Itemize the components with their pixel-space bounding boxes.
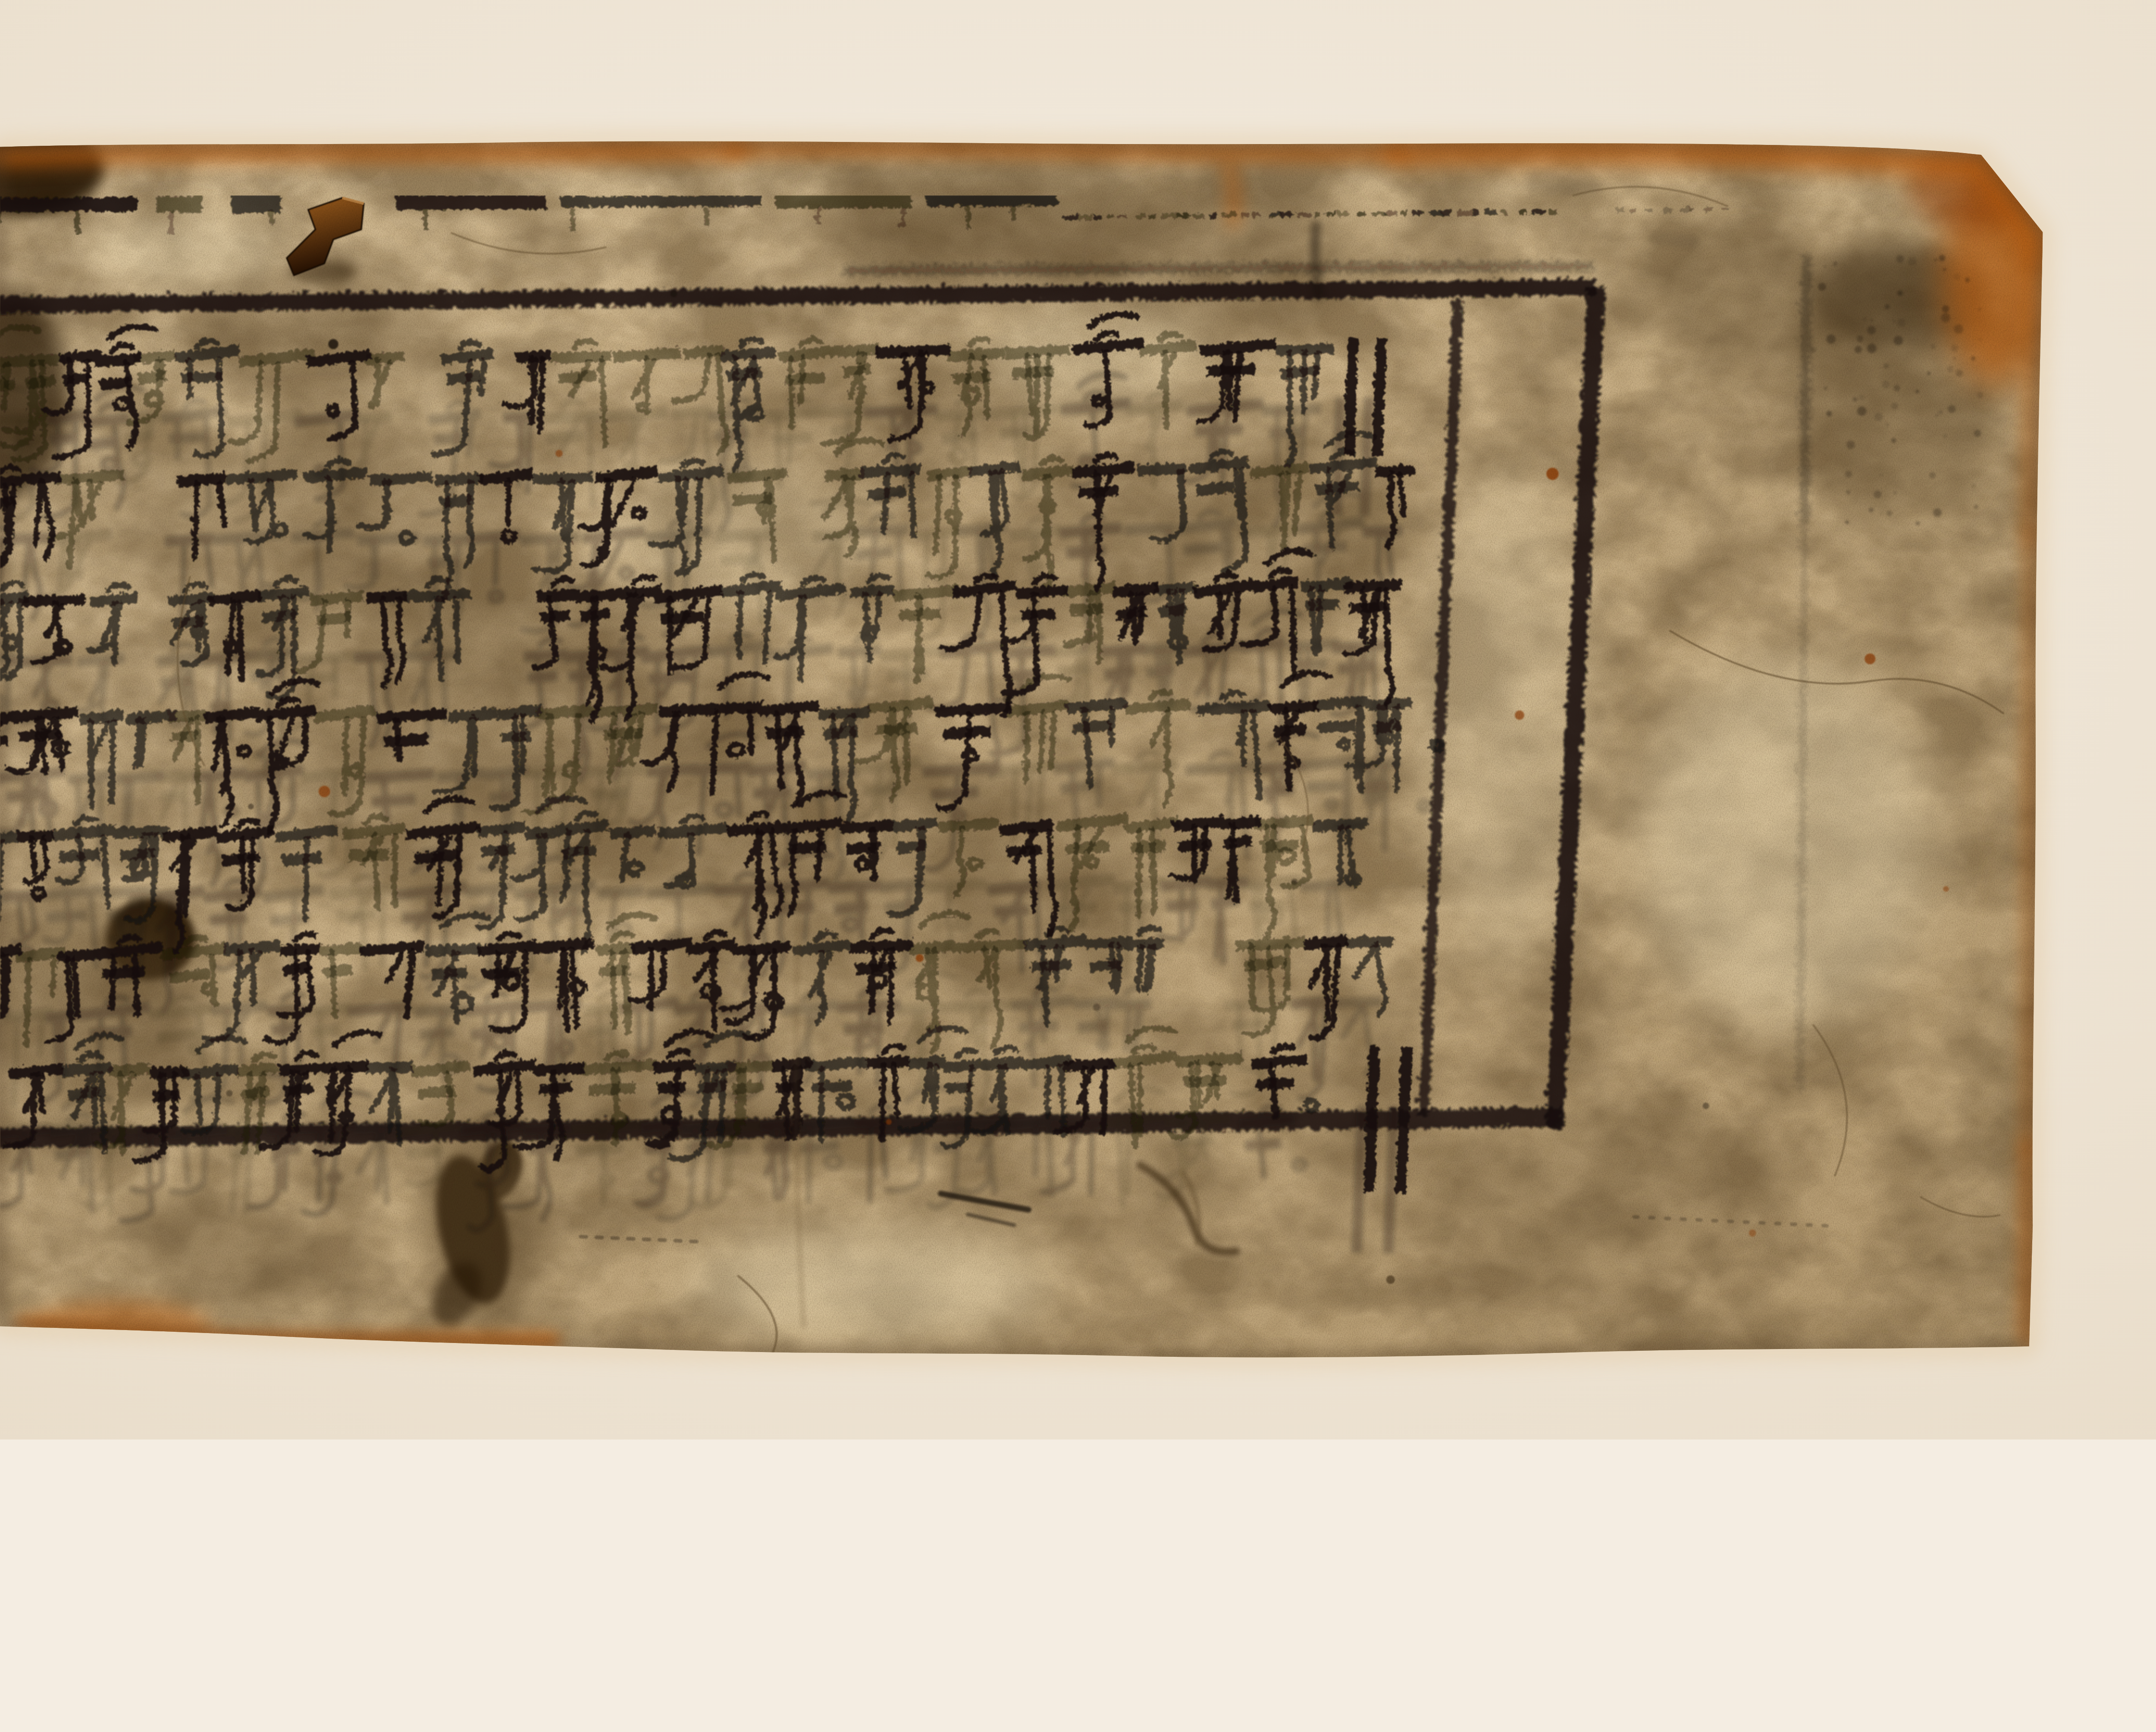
paper-surface <box>0 107 2156 1434</box>
manuscript-photo-scene <box>0 0 2156 1440</box>
grain-texture <box>0 107 2156 1434</box>
photograph <box>0 0 2156 1440</box>
